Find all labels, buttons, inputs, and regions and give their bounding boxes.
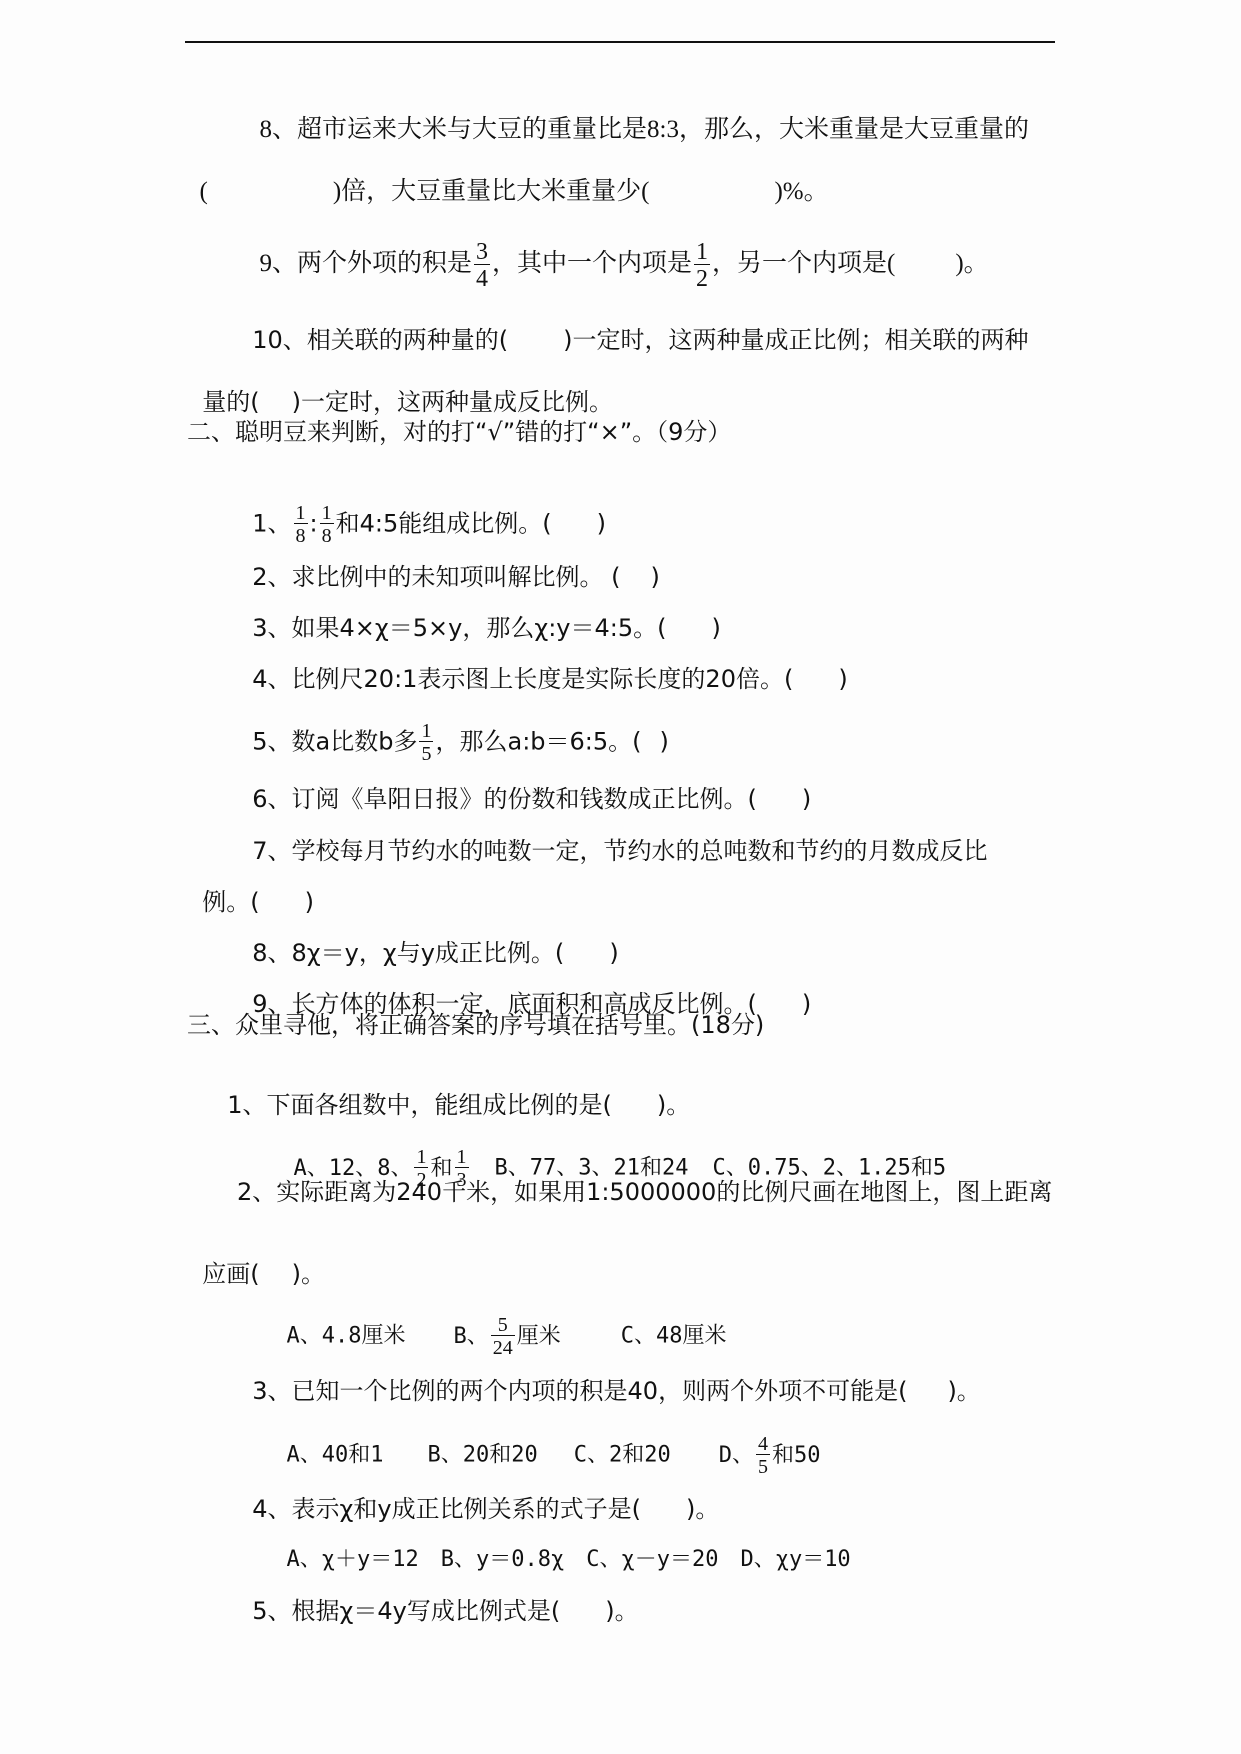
question-text: 8、超市运来大米与大豆的重量比是8:3，那么，大米重量是大豆重量的 bbox=[260, 116, 1029, 143]
choice-q2-line1: 2、实际距离为240千米，如果用1:5000000的比例尺画在地图上，图上距离 bbox=[237, 1177, 1052, 1207]
blank-close: ) bbox=[838, 665, 847, 693]
fraction: 45 bbox=[756, 1434, 770, 1477]
question-text: )。 bbox=[947, 1377, 980, 1405]
question-text: 应画( bbox=[202, 1260, 259, 1288]
numerator: 5 bbox=[491, 1315, 515, 1336]
question-text: 量的( bbox=[202, 388, 259, 416]
judge-item-7-line1: 7、学校每月节约水的吨数一定，节约水的总吨数和节约的月数成反比 bbox=[237, 806, 988, 866]
option-c[interactable]: C、48厘米 bbox=[621, 1324, 727, 1349]
choice-q5-stem: 5、根据χ＝4y写成比例式是()。 bbox=[237, 1566, 639, 1626]
denominator: 4 bbox=[474, 265, 490, 291]
question-text: 7、学校每月节约水的吨数一定，节约水的总吨数和节约的月数成反比 bbox=[252, 837, 987, 865]
option-label: 和50 bbox=[772, 1443, 821, 1468]
judge-item-6: 6、订阅《阜阳日报》的份数和钱数成正比例。() bbox=[237, 754, 811, 814]
numerator: 4 bbox=[756, 1434, 770, 1455]
choice-q1-stem: 1、下面各组数中，能组成比例的是()。 bbox=[212, 1060, 690, 1120]
question-text: )一定时，这两种量成反比例。 bbox=[292, 388, 613, 416]
question-text: )一定时，这两种量成正比例；相关联的两种 bbox=[563, 326, 1028, 354]
fraction: 12 bbox=[694, 240, 710, 291]
question-text: 1、下面各组数中，能组成比例的是( bbox=[227, 1091, 612, 1119]
question-text: 4、比例尺20:1表示图上长度是实际长度的20倍。( bbox=[252, 665, 793, 693]
choice-q2-line2: 应画()。 bbox=[187, 1229, 325, 1289]
option-label: B、 bbox=[453, 1324, 488, 1349]
option-d[interactable]: D、χy＝10 bbox=[740, 1547, 850, 1572]
denominator: 5 bbox=[756, 1455, 770, 1477]
question-text: )。 bbox=[657, 1091, 690, 1119]
blank-close: ) bbox=[802, 990, 811, 1018]
question-text: 5、数a比数b多 bbox=[252, 728, 417, 756]
question-text: )%。 bbox=[774, 178, 828, 205]
question-text: ，那么a:b＝6:5。( bbox=[435, 728, 641, 756]
question-text: 9、两个外项的积是 bbox=[260, 250, 473, 277]
numerator: 1 bbox=[294, 503, 308, 524]
judge-item-4: 4、比例尺20:1表示图上长度是实际长度的20倍。() bbox=[237, 634, 848, 694]
question-text: )。 bbox=[955, 250, 988, 277]
numerator: 1 bbox=[320, 503, 334, 524]
numerator: 1 bbox=[419, 721, 433, 742]
fraction: 34 bbox=[474, 240, 490, 291]
question-text: 3、已知一个比例的两个内项的积是40，则两个外项不可能是( bbox=[252, 1377, 907, 1405]
section-2-heading: 二、聪明豆来判断，对的打“√”错的打“×”。（9分） bbox=[187, 417, 731, 447]
option-label: 厘米 bbox=[517, 1324, 561, 1349]
blank-close: ) bbox=[660, 728, 669, 756]
question-8-line1: 8、超市运来大米与大豆的重量比是8:3，那么，大米重量是大豆重量的 bbox=[247, 85, 1029, 145]
question-8-line2: ()倍，大豆重量比大米重量少()%。 bbox=[187, 147, 829, 207]
question-text: )。 bbox=[292, 1260, 325, 1288]
numerator: 1 bbox=[414, 1147, 428, 1168]
question-text: ，另一个内项是( bbox=[712, 250, 895, 277]
denominator: 2 bbox=[694, 265, 710, 291]
numerator: 1 bbox=[694, 240, 710, 265]
option-label: D、 bbox=[719, 1443, 754, 1468]
question-text: 5、根据χ＝4y写成比例式是( bbox=[252, 1597, 560, 1625]
option-a[interactable]: A、4.8厘米 bbox=[287, 1324, 406, 1349]
question-text: ，其中一个内项是 bbox=[492, 250, 692, 277]
option-b[interactable]: B、524厘米 bbox=[453, 1324, 560, 1349]
question-9: 9、两个外项的积是34，其中一个内项是12，另一个内项是()。 bbox=[247, 210, 989, 291]
numerator: 1 bbox=[455, 1147, 469, 1168]
header-rule bbox=[185, 41, 1055, 43]
question-text: )。 bbox=[605, 1597, 638, 1625]
question-text: 10、相关联的两种量的( bbox=[252, 326, 508, 354]
choice-q3-stem: 3、已知一个比例的两个内项的积是40，则两个外项不可能是()。 bbox=[237, 1346, 981, 1406]
option-d[interactable]: D、45和50 bbox=[719, 1443, 821, 1468]
question-10-line1: 10、相关联的两种量的()一定时，这两种量成正比例；相关联的两种 bbox=[237, 295, 1029, 355]
section-3-heading: 三、众里寻他，将正确答案的序号填在括号里。(18分) bbox=[187, 1010, 764, 1040]
numerator: 3 bbox=[474, 240, 490, 265]
question-text: )倍，大豆重量比大米重量少( bbox=[333, 178, 650, 205]
question-10-line2: 量的()一定时，这两种量成反比例。 bbox=[187, 357, 613, 417]
blank-open: ( bbox=[200, 178, 208, 205]
